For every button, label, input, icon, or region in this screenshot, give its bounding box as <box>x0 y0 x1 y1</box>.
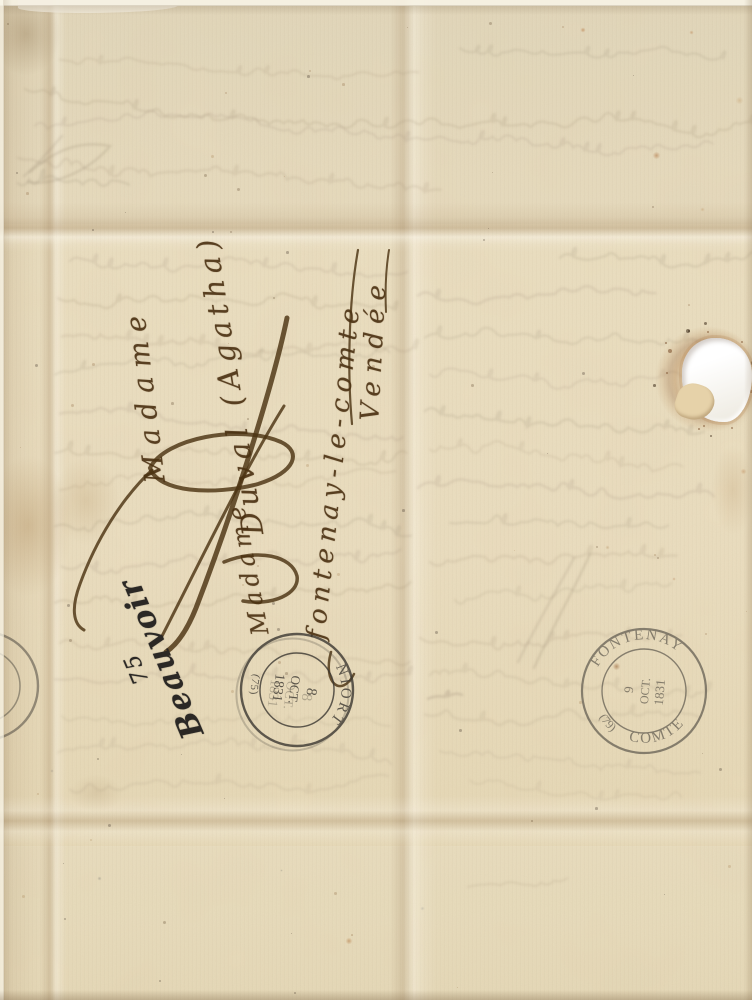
paper-edge-left-shadow <box>3 0 12 1000</box>
svg-text:COMTE: COMTE <box>624 713 690 751</box>
postmark-fontenay-date: 9 OCT. 1831 <box>620 676 668 706</box>
top-flap-shading <box>0 0 752 224</box>
svg-text:(79): (79) <box>596 710 621 737</box>
svg-text:OCT.: OCT. <box>281 680 299 710</box>
letter-scan: Madame Madame Duval (Agatha) fontenay-le… <box>0 0 752 1000</box>
bottom-flap-shading <box>0 846 752 1000</box>
water-stain-left-2 <box>38 438 134 564</box>
svg-text:1831: 1831 <box>651 679 668 706</box>
postmark-fontenay-town-bottom: COMTE <box>624 713 690 751</box>
svg-text:9: 9 <box>621 686 637 694</box>
address-line-madame-1: Madame <box>118 308 172 485</box>
address-line-name: Duval (Agatha) <box>190 236 271 538</box>
paper-edge-bottom <box>0 990 752 1000</box>
postmark-fontenay: FONTENAY (79) COMTE 9 OCT. 1831 <box>572 617 716 763</box>
svg-text:1831: 1831 <box>264 678 282 708</box>
svg-text:8: 8 <box>298 692 315 701</box>
postmark-niort-date: 8 OCT. 1831 <box>268 673 320 707</box>
paper-edge-right <box>744 0 752 1000</box>
svg-text:(75): (75) <box>247 672 263 697</box>
horizontal-fold-top <box>0 202 752 252</box>
postmark-niort-dept: (75) <box>247 672 263 697</box>
postmark-niort-town: NIORT <box>325 660 358 731</box>
svg-text:1831: 1831 <box>268 673 286 703</box>
postmark-niort: NIORT (75) 8 OCT. 1831 8 OCT. 1831 <box>230 627 360 757</box>
svg-text:OCT.: OCT. <box>637 677 653 704</box>
smudge-bottom-left <box>58 766 134 820</box>
svg-text:NIORT: NIORT <box>325 660 358 731</box>
postmark-fontenay-dept: (79) <box>596 710 621 737</box>
svg-text:8: 8 <box>302 687 319 696</box>
paper-edge-top-shadow <box>0 5 752 15</box>
postmark-fontenay-town-top: FONTENAY <box>583 619 688 671</box>
postmark-niort-date-doublestrike: 8 OCT. 1831 <box>264 678 316 712</box>
address-destination: fontenay-le-comte <box>300 290 367 651</box>
svg-text:OCT.: OCT. <box>285 675 303 705</box>
svg-text:FONTENAY: FONTENAY <box>583 619 688 671</box>
vertical-fold-center <box>390 0 436 1000</box>
origin-stamp-beauvoir: 75 Beauvoir <box>89 560 215 764</box>
